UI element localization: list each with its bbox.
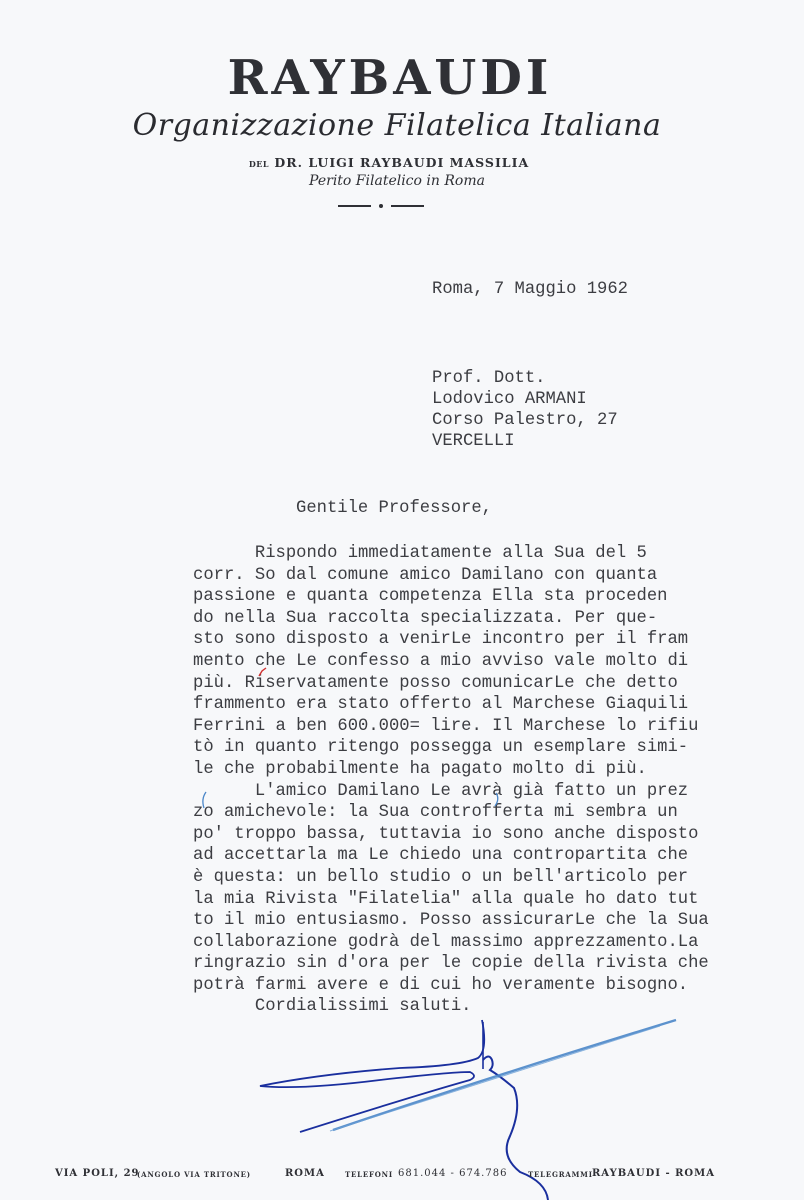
footer-street: VIA POLI, 29 bbox=[55, 1168, 140, 1179]
blue-bracket-mark bbox=[495, 793, 498, 806]
footer-telegram-label: TELEGRAMMI bbox=[528, 1170, 593, 1179]
footer-city: ROMA bbox=[285, 1168, 325, 1179]
footer-telegram-address: RAYBAUDI - ROMA bbox=[592, 1168, 715, 1179]
footer-corner-note: (ANGOLO VIA TRITONE) bbox=[137, 1170, 251, 1179]
blue-bracket-mark bbox=[203, 792, 206, 808]
footer-phones: 681.044 - 674.786 bbox=[398, 1168, 507, 1179]
footer-phone-label: TELEFONI bbox=[345, 1170, 393, 1179]
red-correction-mark bbox=[259, 668, 266, 676]
handwritten-signature bbox=[0, 0, 804, 1200]
